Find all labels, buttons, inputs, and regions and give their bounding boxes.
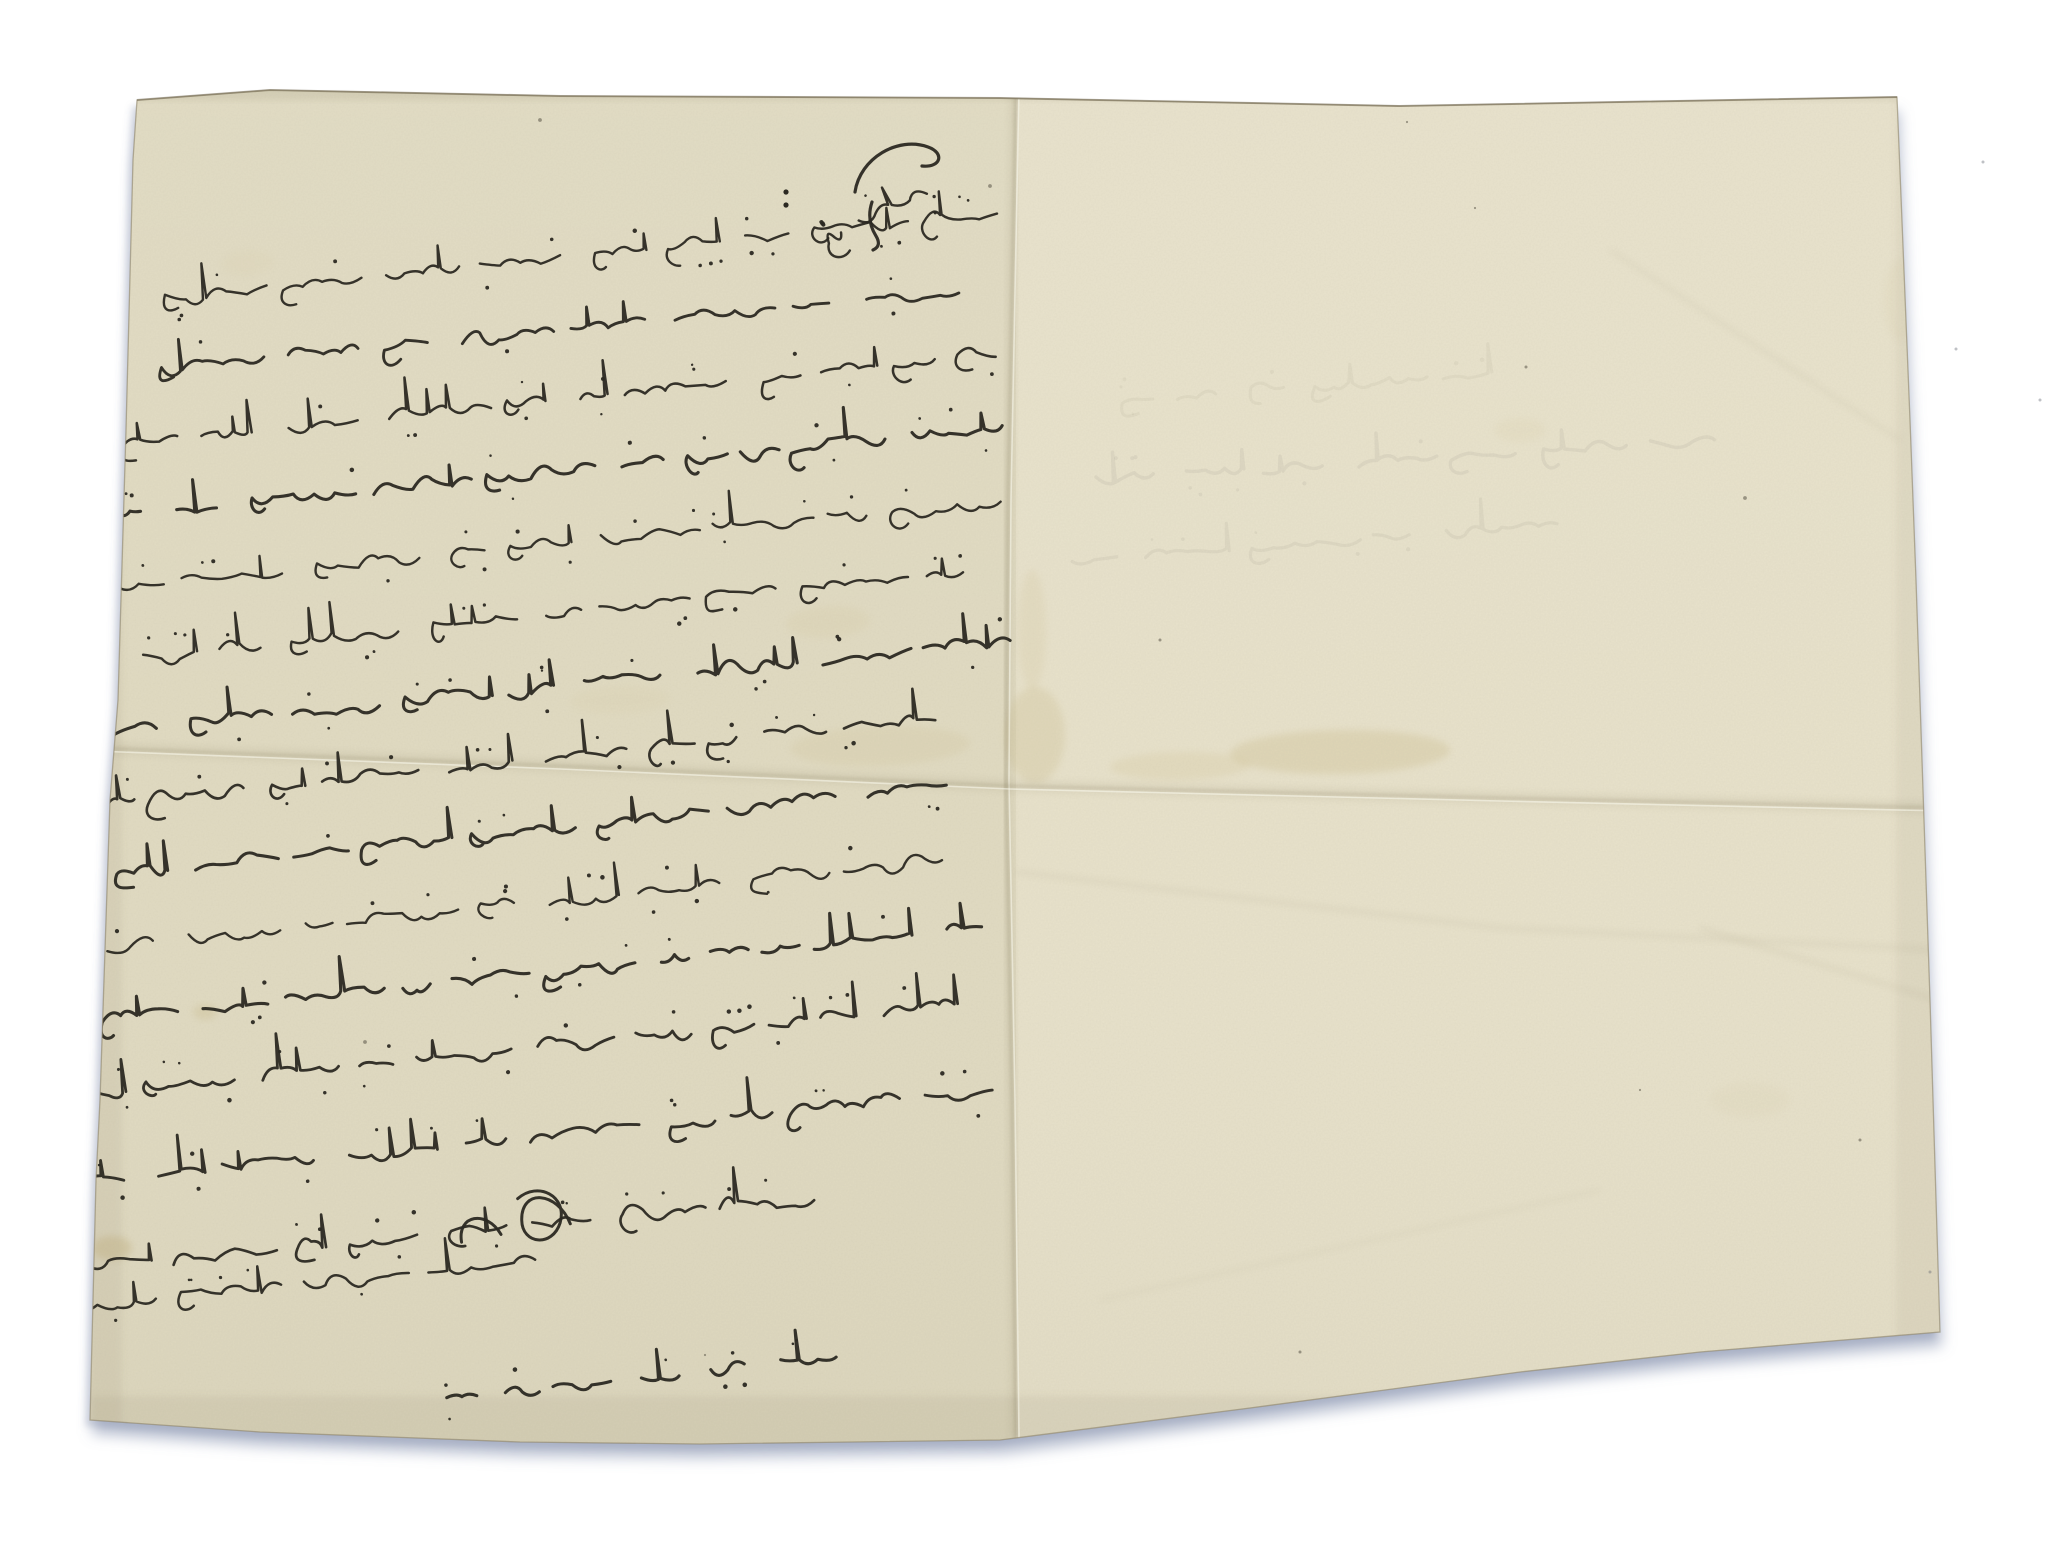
paper-speck (1525, 366, 1528, 369)
photo-canvas (0, 0, 2048, 1558)
paper-speck (1859, 1139, 1862, 1142)
paper-stain (92, 1236, 132, 1260)
background-speck (1929, 1271, 1932, 1274)
paper-speck (363, 1040, 367, 1044)
paper-stain (1884, 260, 1916, 340)
paper-stain (1018, 570, 1046, 690)
paper-sheet (0, 0, 2048, 1558)
letter-photograph (0, 0, 2048, 1558)
background-speck (1955, 348, 1958, 351)
paper-speck (1406, 121, 1408, 123)
paper-speck (1743, 496, 1747, 500)
paper-speck (1159, 639, 1162, 642)
paper-speck (704, 1354, 706, 1356)
paper-speck (1474, 207, 1476, 209)
paper-speck (988, 184, 992, 188)
background-speck (2039, 399, 2042, 402)
background-speck (1982, 161, 1985, 164)
paper-stain (1005, 687, 1065, 783)
paper-stain (193, 1004, 217, 1020)
paper-speck (1639, 1089, 1641, 1091)
paper-stain (1710, 1082, 1790, 1118)
paper-stain (1494, 418, 1546, 442)
paper-speck (1299, 1351, 1302, 1354)
paper-speck (538, 118, 542, 122)
